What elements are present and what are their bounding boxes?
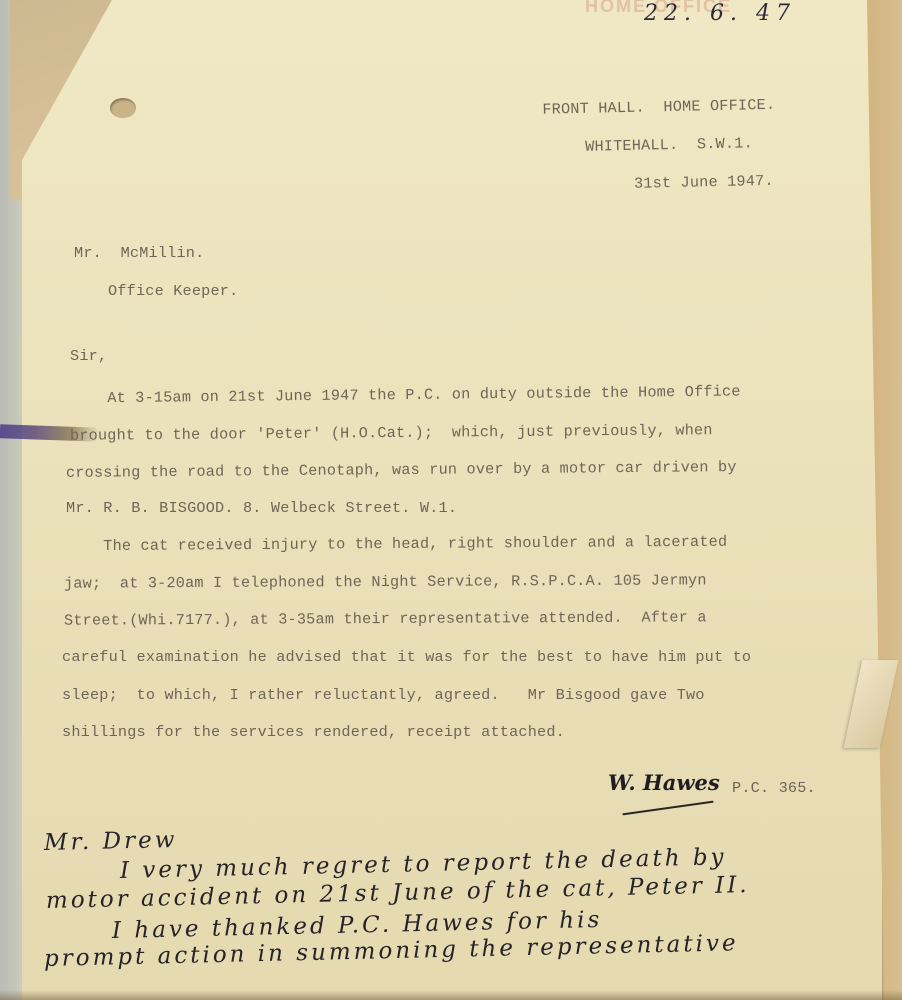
body-line: Street.(Whi.7177.), at 3-35am their repr… [64,608,707,629]
addressee-name: Mr. McMillin. [74,244,204,262]
handwritten-received-date: 22. 6. 47 [644,1,796,26]
typed-rank: P.C. 365. [732,779,816,797]
punch-hole [110,98,136,118]
note-line: Mr. Drew [44,827,178,856]
page-bottom-edge [0,990,902,1000]
handwritten-signature: W. Hawes [608,770,720,795]
salutation: Sir, [70,347,107,365]
body-line: jaw; at 3-20am I telephoned the Night Se… [64,571,707,592]
body-line: Mr. R. B. BISGOOD. 8. Welbeck Street. W.… [66,499,457,517]
body-line: sleep; to which, I rather reluctantly, a… [62,686,705,704]
body-line: shillings for the services rendered, rec… [62,723,565,741]
letter-date: 31st June 1947. [634,172,774,193]
letterhead-line2: WHITEHALL. S.W.1. [585,134,753,156]
addressee-title: Office Keeper. [108,282,238,300]
body-line: careful examination he advised that it w… [62,648,751,666]
